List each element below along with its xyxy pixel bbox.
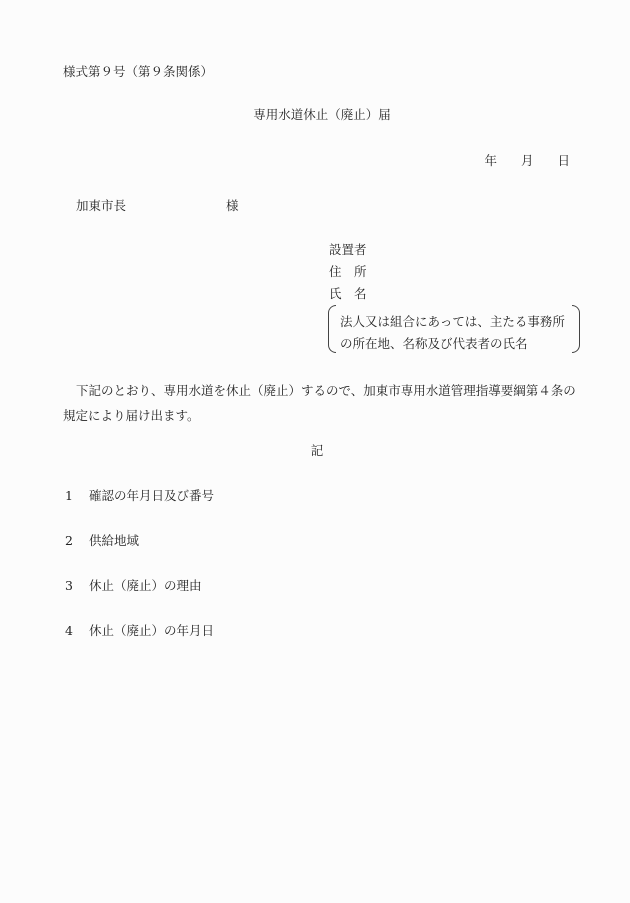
address-label: 住所 [329,266,367,288]
applicant-label: 設置者 [329,244,367,266]
body-paragraph: 下記のとおり、専用水道を休止（廃止）するので、加東市専用水道管理指導要綱第４条の… [63,378,576,428]
recipient-honorific: 様 [226,200,239,213]
recipient: 加東市長様 [76,200,239,213]
list-item: 4休止（廃止）の年月日 [65,625,214,670]
form-number: 様式第９号（第９条関係） [63,66,213,79]
recipient-name: 加東市長 [76,198,126,213]
ki-heading: 記 [0,445,630,458]
applicant-block: 設置者 住所 氏名 [329,244,367,310]
right-bracket [572,305,580,353]
list-item: 1確認の年月日及び番号 [65,490,214,535]
month-label: 月 [521,155,534,168]
items-list: 1確認の年月日及び番号 2供給地域 3休止（廃止）の理由 4休止（廃止）の年月日 [65,490,214,670]
list-item: 3休止（廃止）の理由 [65,580,214,625]
corporate-note-text: 法人又は組合にあっては、主たる事務所 の所在地、名称及び代表者の氏名 [340,311,565,355]
document-title: 専用水道休止（廃止）届 [0,109,630,122]
list-item: 2供給地域 [65,535,214,580]
date-line: 年月日 [484,155,570,168]
left-bracket [328,305,336,353]
corporate-note-bracket: 法人又は組合にあっては、主たる事務所 の所在地、名称及び代表者の氏名 [328,305,580,353]
day-label: 日 [557,155,570,168]
year-label: 年 [484,155,497,168]
